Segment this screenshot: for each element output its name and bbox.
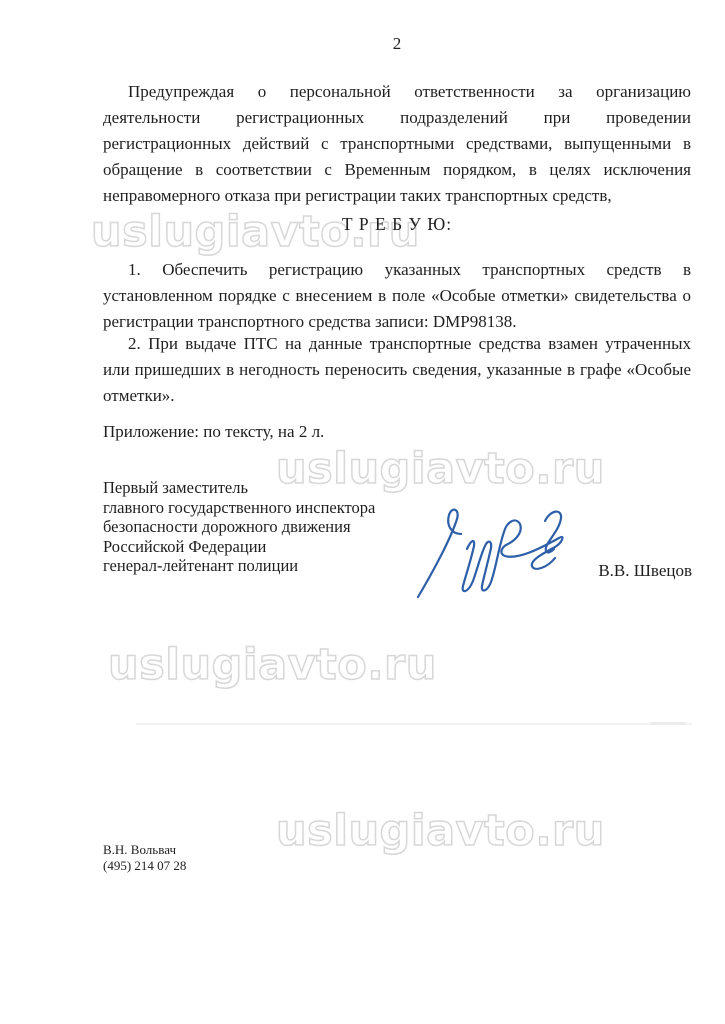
watermark-uslugiavto-3: uslugiavto.ru <box>108 632 453 696</box>
svg-text:uslugiavto.ru: uslugiavto.ru <box>108 640 437 690</box>
svg-text:uslugiavto.ru: uslugiavto.ru <box>276 806 605 856</box>
scan-artifact-line <box>136 723 692 725</box>
order-item-2: 2. При выдаче ПТС на данные транспортные… <box>103 331 691 409</box>
signer-title-line: безопасности дорожного движения <box>103 517 433 537</box>
handwritten-signature <box>406 496 586 604</box>
executor-phone: (495) 214 07 28 <box>103 858 186 874</box>
signer-name: В.В. Швецов <box>520 561 692 581</box>
executor-contact-block: В.Н. Вольвач (495) 214 07 28 <box>103 842 186 874</box>
signer-title-line: главного государственного инспектора <box>103 498 433 518</box>
signer-title-block: Первый заместитель главного государствен… <box>103 478 433 576</box>
signer-title-line: Первый заместитель <box>103 478 433 498</box>
signer-title-line: Российской Федерации <box>103 537 433 557</box>
watermark-uslugiavto-4: uslugiavto.ru <box>276 798 621 862</box>
executor-name: В.Н. Вольвач <box>103 842 186 858</box>
demand-heading: Т Р Е Б У Ю: <box>103 214 691 235</box>
intro-paragraph: Предупреждая о персональной ответственно… <box>103 79 691 209</box>
order-item-1: 1. Обеспечить регистрацию указанных тран… <box>103 257 691 335</box>
document-page: uslugiavto.ru uslugiavto.ru uslugiavto.r… <box>0 0 725 1024</box>
signer-title-line: генерал-лейтенант полиции <box>103 556 433 576</box>
page-number: 2 <box>103 34 691 54</box>
scan-artifact-smudge <box>650 722 686 725</box>
attachment-note: Приложение: по тексту, на 2 л. <box>103 419 691 445</box>
